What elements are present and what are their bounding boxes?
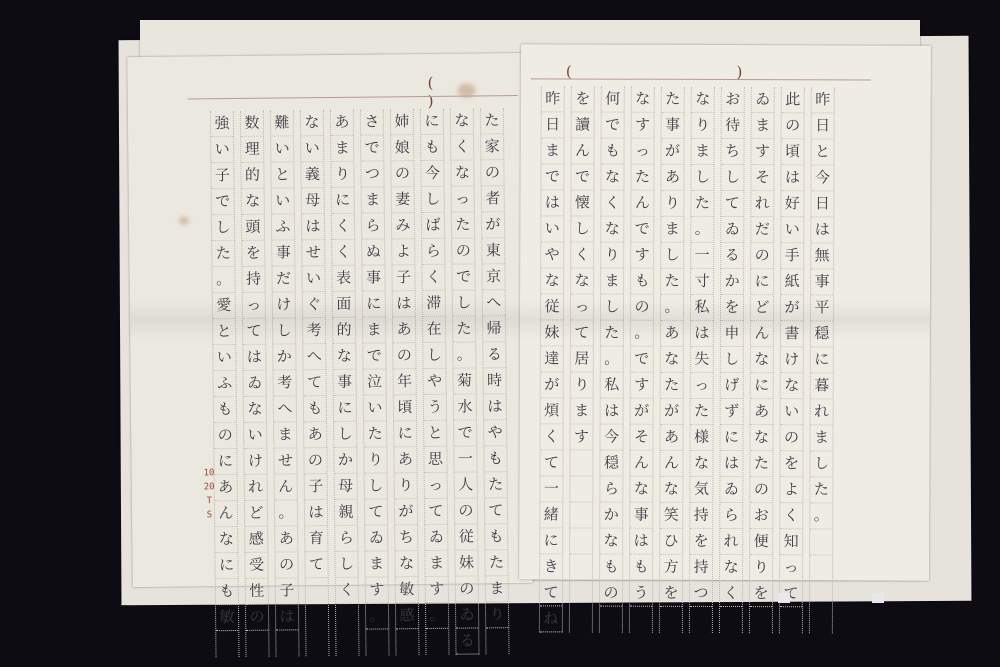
grid-cell: ら [600,477,622,503]
grid-cell: し [721,165,743,191]
grid-cell: 事 [811,269,833,295]
grid-cell: り [331,162,353,188]
grid-cell: な [660,477,682,503]
grid-cell: 方 [660,555,682,581]
grid-cell: 強 [211,111,233,137]
grid-cell: ゐ [721,217,743,243]
grid-cell: 一 [540,476,562,502]
text-column: 姉娘の妻みよ子はあの年頃にありがちな敏感 [390,109,420,655]
grid-cell: た [691,399,713,425]
grid-cell: し [721,347,743,373]
grid-cell: の [214,423,236,449]
grid-cell: し [422,187,444,213]
grid-cell: に [721,425,743,451]
grid-cell: な [242,189,264,215]
grid-cell: す [571,424,593,450]
grid-cell: る [483,342,505,368]
grid-cell: な [451,160,473,186]
grid-cell: 東 [482,238,504,264]
grid-cell: 感 [245,527,267,553]
grid-cell: ふ [272,214,294,240]
grid-cell: に [811,347,833,373]
grid-cell: そ [751,165,773,191]
grid-cell: の [481,160,503,186]
grid-cell: ん [660,451,682,477]
grid-cell: 姉 [391,109,413,135]
grid-cell [570,476,592,502]
grid-cell: す [752,139,774,165]
grid-cell: 気 [690,477,712,503]
grid-cell [570,450,592,476]
grid-cell: れ [720,529,742,555]
grid-cell: の [750,477,772,503]
grid-cell: ま [274,422,296,448]
grid-cell: く [336,578,358,604]
text-column: お待ちしてゐるかを申しげずにはゐられなく [719,87,745,633]
grid-cell: た [810,477,832,503]
grid-cell: ま [425,551,447,577]
grid-cell: が [631,399,653,425]
text-column: 難いといふ事だけしか考へません。あの子は [270,110,300,656]
grid-cell: ず [721,399,743,425]
grid-cell: の [304,448,326,474]
grid-cell: も [304,396,326,422]
grid-cell: て [305,552,327,578]
grid-cell: お [722,87,744,113]
grid-cell: あ [751,399,773,425]
grid-cell: な [244,397,266,423]
grid-cell: で [571,164,593,190]
grid-cell: も [484,446,506,472]
grid-cell: ど [245,501,267,527]
grid-cell: 好 [781,191,803,217]
grid-cell: な [333,344,355,370]
grid-cell: 的 [241,163,263,189]
grid-cell: 事 [272,240,294,266]
grid-cell: ま [692,139,714,165]
grid-cell: か [721,269,743,295]
grid-cell: ん [215,501,237,527]
grid-cell: や [424,369,446,395]
grid-cell: か [600,503,622,529]
grid-cell: ぬ [362,239,384,265]
grid-cell: ひ [660,529,682,555]
margin-s: S [204,508,215,522]
grid-cell: は [781,165,803,191]
grid-cell: な [630,477,652,503]
grid-cell: ゐ [720,477,742,503]
grid-cell: 性 [246,579,268,605]
grid-cell: 一 [454,446,476,472]
grid-cell: な [571,268,593,294]
grid-cell: 日 [811,191,833,217]
grid-cell: ま [486,576,508,602]
grid-cell: ば [422,213,444,239]
grid-cell: の [781,425,803,451]
grid-cell: し [691,165,713,191]
grid-cell: い [364,395,386,421]
grid-cell: 子 [392,265,414,291]
grid-cell: く [601,191,623,217]
grid-cell: し [423,343,445,369]
grid-cell: な [692,87,714,113]
grid-cell: す [631,243,653,269]
grid-cell: な [601,217,623,243]
grid-cell: な [600,529,622,555]
grid-cell: で [454,420,476,446]
grid-cell: 。 [691,217,713,243]
grid-cell: 持 [690,555,712,581]
grid-cell: あ [661,425,683,451]
grid-cell: 考 [274,370,296,396]
grid-cell: 頭 [242,215,264,241]
grid-cell: 讀 [572,112,594,138]
grid-cell: 事 [662,113,684,139]
grid-cell: に [332,188,354,214]
grid-cell: 。 [275,500,297,526]
grid-cell: た [364,421,386,447]
grid-cell: 受 [245,553,267,579]
grid-cell: 頃 [394,395,416,421]
grid-cell: あ [661,165,683,191]
grid-cell: 時 [484,368,506,394]
grid-cell: ら [720,503,742,529]
grid-cell: な [601,165,623,191]
grid-cell: 昨 [542,86,564,112]
grid-cell: ま [601,269,623,295]
grid-cell: を [780,451,802,477]
text-column: を讀んで懐しくなって居ります [569,86,595,632]
grid-cell: り [364,447,386,473]
grid-cell: に [751,269,773,295]
text-column: 此の頃は好い手紙が書けないのをよく知って [779,87,805,633]
grid-cell: た [485,472,507,498]
grid-cell: し [334,422,356,448]
grid-cell: で [602,113,624,139]
grid-cell: ん [631,191,653,217]
text-column: 昨日まではいやな従妹達が煩くて一緒にきてね [539,86,565,632]
grid-cell: つ [361,161,383,187]
grid-cell: ま [752,113,774,139]
grid-cell: 緒 [540,502,562,528]
grid-cell: 。 [212,267,234,293]
grid-cell: く [720,581,742,607]
grid-cell: っ [452,186,474,212]
grid-cell: が [395,499,417,525]
grid-cell: に [215,553,237,579]
grid-cell: に [394,421,416,447]
grid-cell: ん [275,474,297,500]
header-brackets: ( ) [427,73,527,110]
grid-cell: に [214,449,236,475]
grid-cell: へ [274,396,296,422]
grid-cell: つ [690,581,712,607]
text-column: た家の者が東京へ帰る時はやもたてもたまり [480,108,510,654]
grid-cell: た [452,212,474,238]
grid-cell: て [365,499,387,525]
grid-cell: 敏 [396,577,418,603]
grid-cell: り [692,113,714,139]
grid-cell: ま [365,551,387,577]
grid-cell: 知 [780,529,802,555]
grid-cell: 。 [601,347,623,373]
grid-cell: あ [304,422,326,448]
left-text-grid: た家の者が東京へ帰る時はやもたてもたまり なくなったのでした。菊水で一人の従妹の… [210,108,510,657]
grid-cell: は [302,214,324,240]
grid-cell: ま [362,187,384,213]
grid-cell: が [482,212,504,238]
margin-print: 10 20 T S [204,466,215,522]
grid-cell: 持 [690,503,712,529]
grid-cell: く [451,134,473,160]
grid-cell: ま [571,398,593,424]
grid-cell: 失 [691,347,713,373]
grid-cell: な [541,268,563,294]
grid-cell: 此 [782,87,804,113]
grid-cell: を [242,241,264,267]
grid-cell: の [782,113,804,139]
grid-cell: 事 [362,265,384,291]
grid-cell: か [273,344,295,370]
grid-cell: 無 [811,243,833,269]
grid-cell: ね [540,606,562,632]
text-column: 数理的な頭を持ってはゐないけれど感受性の [240,111,270,657]
grid-cell: 者 [482,186,504,212]
text-column: なくなったのでした。菊水で一人の従妹のゐる [450,108,480,654]
grid-cell: い [301,136,323,162]
grid-cell: 居 [571,346,593,372]
grid-cell: 昨 [812,87,834,113]
margin-10: 10 [204,466,215,480]
grid-cell: 母 [302,188,324,214]
grid-cell: も [214,397,236,423]
grid-cell: ゐ [752,87,774,113]
text-column: ゐますそれだのにどんなにあなたのお便りを [749,87,775,633]
grid-cell: よ [780,477,802,503]
grid-cell: れ [751,191,773,217]
grid-cell: 感 [396,603,418,629]
grid-cell: ん [572,138,594,164]
grid-cell: ち [395,525,417,551]
grid-cell: は [484,394,506,420]
grid-cell: は [276,604,298,630]
grid-cell: 従 [455,524,477,550]
grid-cell: く [571,242,593,268]
grid-cell: 今 [811,165,833,191]
grid-cell: 今 [601,425,623,451]
grid-cell: れ [245,475,267,501]
grid-cell: 持 [242,267,264,293]
grid-cell: 様 [691,425,713,451]
grid-cell: れ [811,399,833,425]
grid-cell: だ [272,266,294,292]
grid-cell: 私 [601,373,623,399]
grid-cell: 穏 [600,451,622,477]
grid-cell: が [541,372,563,398]
grid-cell: 娘 [391,135,413,161]
grid-cell: る [721,243,743,269]
grid-cell: い [781,217,803,243]
grid-cell: で [541,164,563,190]
grid-cell [570,528,592,554]
grid-cell: た [691,191,713,217]
paper-chip [778,593,790,603]
grid-cell: 煩 [541,398,563,424]
grid-cell: だ [751,217,773,243]
grid-cell: さ [361,109,383,135]
grid-cell: な [301,110,323,136]
grid-cell: い [213,345,235,371]
grid-cell: 水 [454,394,476,420]
grid-cell: 育 [305,526,327,552]
grid-cell: っ [425,473,447,499]
grid-cell: た [661,269,683,295]
grid-cell: た [662,87,684,113]
grid-cell: に [540,528,562,554]
grid-cell: を [750,581,772,607]
grid-cell: で [452,264,474,290]
grid-cell: な [451,108,473,134]
grid-cell: で [361,135,383,161]
grid-cell: て [540,580,562,606]
grid-cell: な [395,551,417,577]
grid-cell: ふ [214,371,236,397]
grid-cell: ま [542,138,564,164]
grid-cell: と [812,139,834,165]
grid-cell: が [662,139,684,165]
grid-cell: ら [362,213,384,239]
grid-cell: 家 [481,134,503,160]
grid-cell: あ [275,526,297,552]
grid-cell: っ [691,373,713,399]
grid-cell: な [751,347,773,373]
grid-cell: 。 [366,603,388,629]
grid-cell: も [421,135,443,161]
grid-cell: 事 [334,370,356,396]
text-column: 強い子でした。愛といふものにあんなにも敏 [210,111,240,657]
grid-cell: 事 [630,503,652,529]
grid-cell: せ [274,448,296,474]
grid-cell: 何 [602,87,624,113]
grid-cell: て [425,499,447,525]
grid-cell: の [246,605,268,631]
grid-cell: 。 [426,603,448,629]
grid-cell: 妻 [392,187,414,213]
grid-cell: て [721,191,743,217]
grid-cell: ゐ [425,525,447,551]
grid-cell: 手 [781,243,803,269]
grid-cell: の [600,581,622,607]
grid-cell: い [781,399,803,425]
grid-cell: う [424,395,446,421]
grid-cell: ま [661,217,683,243]
grid-cell: う [630,581,652,607]
grid-cell: け [244,449,266,475]
grid-cell: は [720,451,742,477]
grid-cell: 子 [211,163,233,189]
grid-cell: を [690,529,712,555]
grid-cell: は [541,190,563,216]
stain [179,216,189,224]
grid-cell: 待 [722,113,744,139]
grid-cell: る [456,628,478,654]
grid-cell: く [541,424,563,450]
grid-cell: な [632,87,654,113]
grid-cell: す [632,113,654,139]
grid-cell: ゐ [456,602,478,628]
grid-cell: 日 [812,113,834,139]
grid-cell: 今 [421,161,443,187]
horizontal-fold [130,300,930,340]
grid-cell: た [481,108,503,134]
grid-cell: ら [335,526,357,552]
grid-cell: な [781,373,803,399]
grid-cell: 笑 [660,503,682,529]
grid-cell: も [602,139,624,165]
grid-cell: に [334,396,356,422]
grid-cell: で [631,217,653,243]
grid-cell: と [424,421,446,447]
grid-cell: 難 [271,110,293,136]
grid-cell: っ [780,555,802,581]
grid-cell: は [601,399,623,425]
grid-cell: 表 [332,266,354,292]
grid-cell: そ [631,425,653,451]
grid-cell: に [421,109,443,135]
grid-cell: く [422,265,444,291]
grid-cell: も [216,579,238,605]
grid-cell: ゐ [365,525,387,551]
grid-cell: た [750,451,772,477]
grid-cell: あ [215,475,237,501]
text-column: なすったんですもの。ですがそんな事はもう [629,87,655,633]
margin-t: T [204,494,215,508]
grid-cell: 泣 [364,369,386,395]
grid-cell: た [212,241,234,267]
grid-cell: 日 [542,112,564,138]
grid-cell: き [540,554,562,580]
grid-cell: 理 [241,137,263,163]
grid-cell: あ [331,110,353,136]
grid-cell: な [690,451,712,477]
text-column: た事がありました。あなたがあんな笑ひ方を [659,87,685,633]
grid-cell: く [332,240,354,266]
text-column: 昨日と今日は無事平穏に暮れました。 [809,87,835,633]
grid-cell: け [781,347,803,373]
grid-cell: り [661,191,683,217]
grid-cell: り [486,602,508,628]
text-column: 何でもなくなりました。私は今穏らかなもの [599,87,625,633]
grid-cell: し [810,451,832,477]
grid-cell: 人 [455,472,477,498]
grid-cell: の [391,161,413,187]
grid-cell: 。 [453,342,475,368]
grid-cell: り [395,473,417,499]
grid-cell: も [630,555,652,581]
grid-cell: の [751,243,773,269]
grid-cell [810,529,832,555]
grid-cell: な [720,555,742,581]
grid-cell: で [212,189,234,215]
grid-cell: い [272,188,294,214]
grid-cell: や [541,242,563,268]
grid-cell: あ [394,447,416,473]
grid-cell: お [750,503,772,529]
grid-cell: り [750,555,772,581]
grid-cell: い [211,137,233,163]
grid-cell: い [302,266,324,292]
grid-cell: 数 [241,111,263,137]
